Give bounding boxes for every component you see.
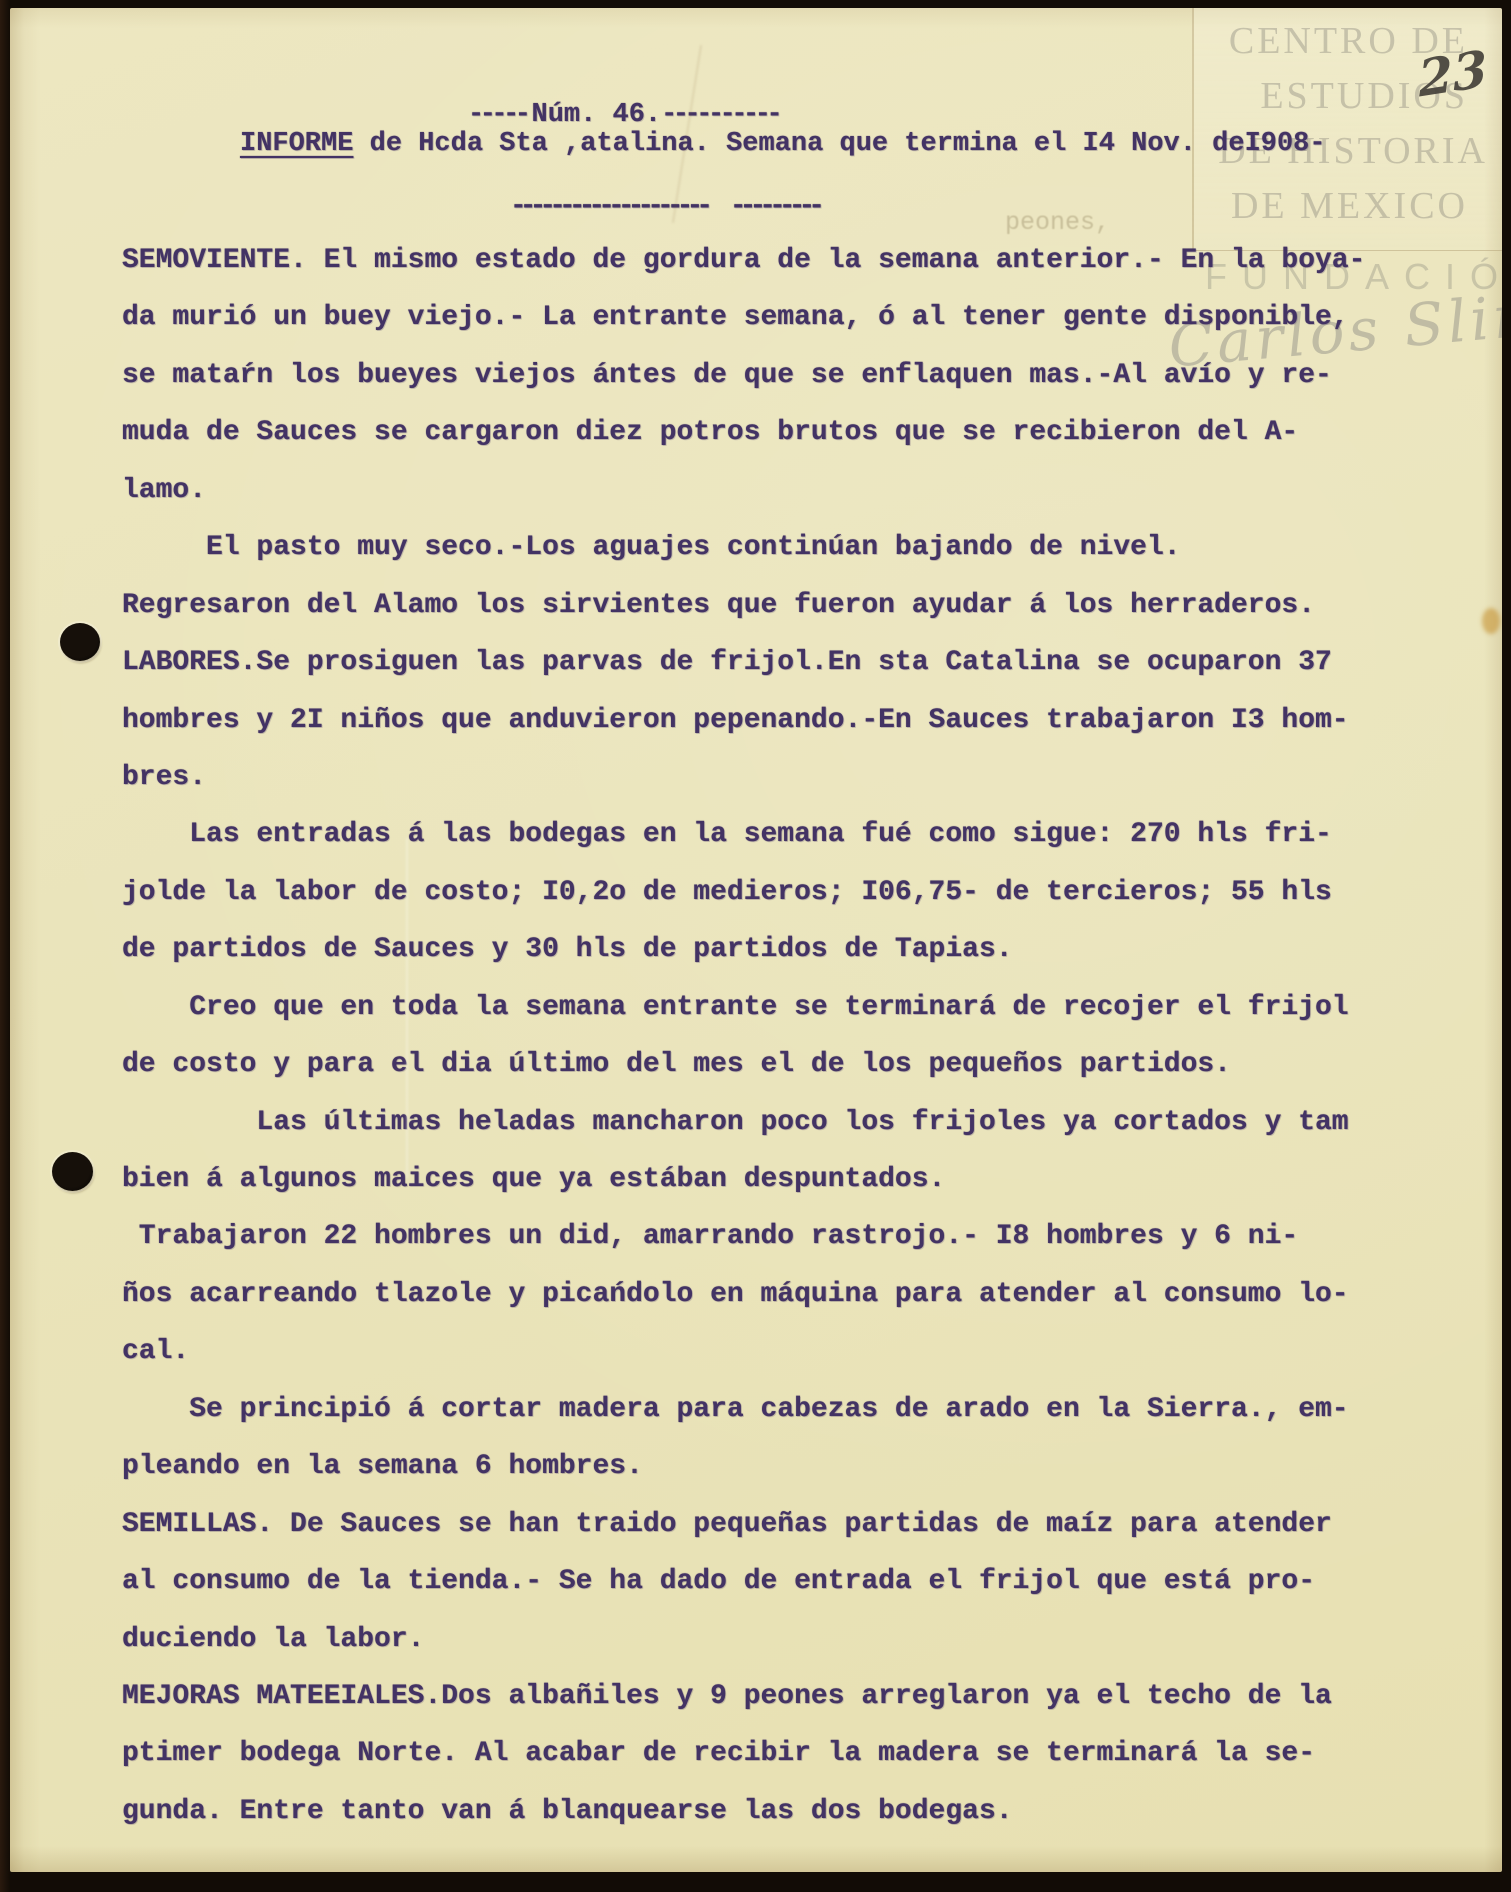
- scanned-document: CENTRO DEESTUDIOSDE HISTORIADE MEXICO FU…: [0, 0, 1511, 1892]
- hole-punch-top: [60, 623, 100, 661]
- typed-line: SEMOVIENTE. El mismo estado de gordura d…: [122, 232, 1452, 289]
- typed-line: gunda. Entre tanto van á blanquearse las…: [122, 1783, 1452, 1840]
- typed-line: cal.: [122, 1323, 1452, 1380]
- typed-line: pleando en la semana 6 hombres.: [122, 1438, 1452, 1495]
- typed-line: lamo.: [122, 462, 1452, 519]
- typed-line: da murió un buey viejo.- La entrante sem…: [122, 289, 1452, 346]
- report-number: Núm. 46.: [532, 100, 662, 130]
- typed-line: LABORES.Se prosiguen las parvas de frijo…: [122, 634, 1452, 691]
- typed-line: Regresaron del Alamo los sirvientes que …: [122, 577, 1452, 634]
- typed-line: de costo y para el dia último del mes el…: [122, 1036, 1452, 1093]
- typed-line: Creo que en toda la semana entrante se t…: [122, 979, 1452, 1036]
- dash-run: ---------: [730, 191, 818, 222]
- typed-line: ños acarreando tlazole y picańdolo en má…: [122, 1266, 1452, 1323]
- typed-line: al consumo de la tienda.- Se ha dado de …: [122, 1553, 1452, 1610]
- pencil-page-number: 23: [1417, 38, 1489, 108]
- report-title: INFORME de Hcda Sta ,atalina. Semana que…: [240, 129, 1326, 159]
- typed-body: SEMOVIENTE. El mismo estado de gordura d…: [122, 232, 1452, 1840]
- paper-stain: [1482, 608, 1500, 634]
- typed-line: jolde la labor de costo; I0,2o de medier…: [122, 864, 1452, 921]
- typed-line: SEMILLAS. De Sauces se han traido pequeñ…: [122, 1496, 1452, 1553]
- typed-line: de partidos de Sauces y 30 hls de partid…: [122, 921, 1452, 978]
- paper-crease-vertical: [406, 838, 408, 1178]
- typed-line: hombres y 2I niños que anduvieron pepena…: [122, 692, 1452, 749]
- typed-line: Las últimas heladas mancharon poco los f…: [122, 1094, 1452, 1151]
- typed-line: Se principió á cortar madera para cabeza…: [122, 1381, 1452, 1438]
- typed-line: se mataŕn los bueyes viejos ántes de que…: [122, 347, 1452, 404]
- watermark-line: ESTUDIOS: [710, 69, 1468, 124]
- report-number-line: -----Núm. 46.----------: [468, 100, 783, 130]
- typed-line: El pasto muy seco.-Los aguajes continúan…: [122, 519, 1452, 576]
- typed-line: muda de Sauces se cargaron diez potros b…: [122, 404, 1452, 461]
- typed-line: ptimer bodega Norte. Al acabar de recibi…: [122, 1725, 1452, 1782]
- title-separator: -------------------- ---------: [510, 191, 825, 222]
- dash-run: -----: [468, 100, 527, 130]
- paper-sheet: CENTRO DEESTUDIOSDE HISTORIADE MEXICO FU…: [10, 8, 1502, 1872]
- report-title-rest: de Hcda Sta ,atalina. Semana que termina…: [353, 129, 1325, 159]
- typed-line: bien á algunos maices que ya estában des…: [122, 1151, 1452, 1208]
- report-title-word: INFORME: [240, 129, 353, 159]
- typed-line: MEJORAS MATEEIALES.Dos albañiles y 9 peo…: [122, 1668, 1452, 1725]
- typed-line: Las entradas á las bodegas en la semana …: [122, 806, 1452, 863]
- typed-line: duciendo la labor.: [122, 1611, 1452, 1668]
- watermark-line: CENTRO DE: [710, 14, 1468, 69]
- separator-gap: [713, 191, 730, 222]
- hole-punch-bottom: [52, 1152, 93, 1191]
- dash-run: ----------: [661, 100, 778, 130]
- typed-line: bres.: [122, 749, 1452, 806]
- typed-line: Trabajaron 22 hombres un did, amarrando …: [122, 1208, 1452, 1265]
